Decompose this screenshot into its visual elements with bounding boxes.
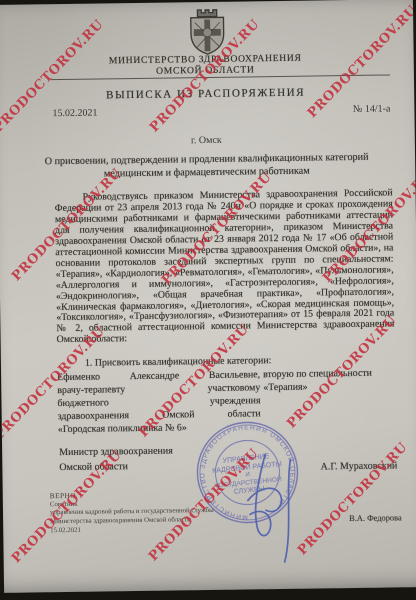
minister-name: А.Г. Мураховский [307, 460, 397, 472]
document-date: 15.02.2021 [52, 108, 97, 120]
document-number: № 14/1-а [353, 103, 391, 115]
order-item: 1. Присвоить квалификационные категории: [85, 355, 272, 369]
ink-signature [235, 448, 315, 569]
certification-block: ВЕРНОСоветникуправления кадровой работы … [50, 490, 214, 536]
date-number-row: 15.02.2021 № 14/1-а [52, 103, 390, 119]
minister-position: Министр здравоохранения Омской области [59, 444, 173, 476]
document-page: МИНИСТЕРСТВО ЗДРАВООХРАНЕНИЯ ОМСКОЙ ОБЛА… [0, 0, 416, 593]
omsk-coat-of-arms-icon [184, 7, 231, 58]
certification-line: 15.02.2021 [50, 525, 214, 536]
city-label: г. Омск [0, 132, 415, 149]
document-type-title: ВЫПИСКА ИЗ РАСПОРЯЖЕНИЯ [0, 85, 414, 103]
certifier-name: В.А. Федорова [349, 513, 402, 523]
body-paragraph: Руководствуясь приказом Министерства здр… [55, 188, 395, 346]
scan-background: { "watermark": { "text": "PRODOCTOROV.RU… [0, 0, 416, 600]
assignment-category-block: вторую по специальности«Терапия» [263, 366, 395, 394]
category-line: «Терапия» [263, 379, 395, 394]
document-title: О присвоении, подтверждении и продлении … [0, 150, 415, 182]
